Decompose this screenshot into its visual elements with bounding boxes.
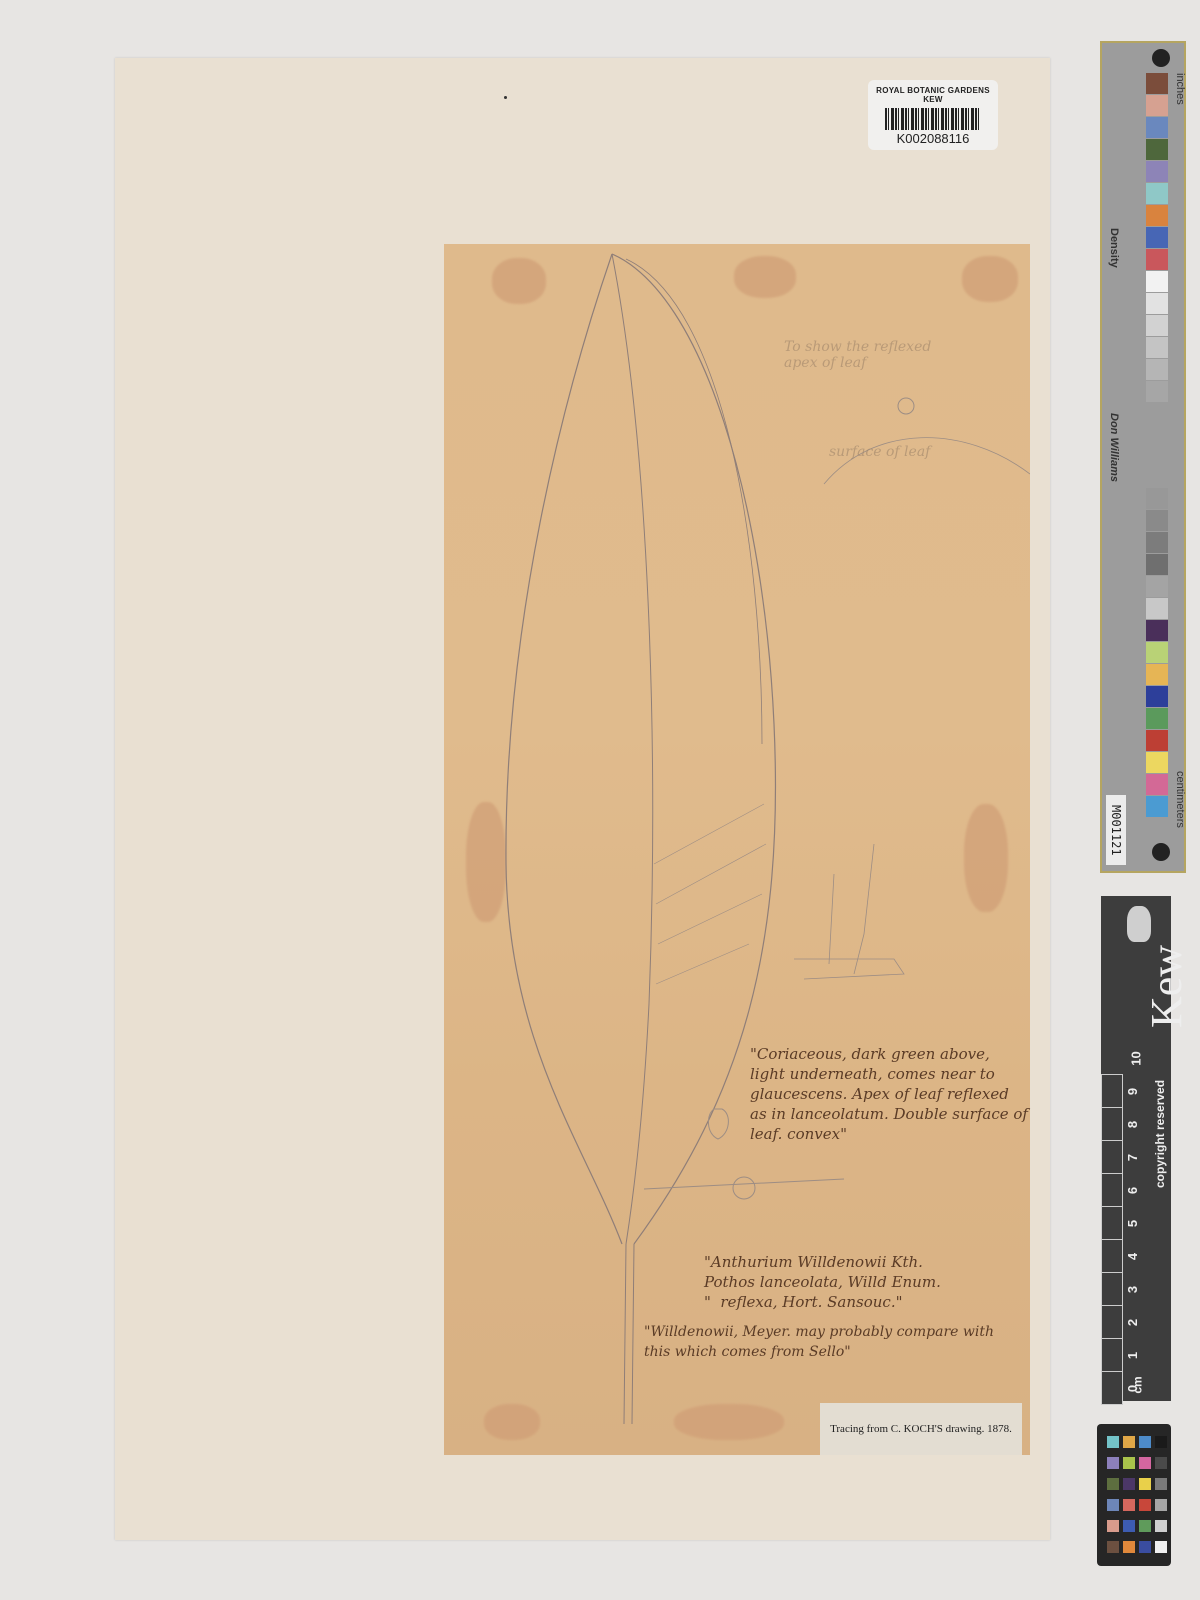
ink-note-comparison: "Willdenowii, Meyer. may probably compar… — [644, 1322, 994, 1362]
scale-segment — [1101, 1371, 1123, 1405]
color-patch — [1146, 620, 1168, 641]
ruler-brand: Don Williams — [1108, 413, 1120, 482]
scale-segment — [1101, 1239, 1123, 1273]
color-checker-card — [1097, 1424, 1171, 1566]
checker-patch — [1155, 1499, 1167, 1511]
scale-tick-label: 6 — [1125, 1187, 1140, 1194]
checker-patch — [1123, 1436, 1135, 1448]
color-patch — [1146, 796, 1168, 817]
printed-label: Tracing from C. KOCH'S drawing. 1878. — [820, 1403, 1022, 1455]
scale-segment — [1101, 1173, 1123, 1207]
kew-crest-icon — [1127, 906, 1151, 942]
checker-patch — [1107, 1478, 1119, 1490]
centimeters-label: centimeters — [1174, 771, 1186, 828]
checker-patch — [1139, 1478, 1151, 1490]
scale-tick-label: 2 — [1125, 1319, 1140, 1326]
checker-patch — [1123, 1499, 1135, 1511]
checker-patch — [1155, 1436, 1167, 1448]
color-patch — [1146, 532, 1168, 553]
institution-label: ROYAL BOTANIC GARDENS KEW — [868, 86, 998, 104]
color-patch — [1146, 227, 1168, 248]
color-patch — [1146, 161, 1168, 182]
tracing-paper: To show the reflexed apex of leaf surfac… — [444, 244, 1030, 1455]
scale-segment — [1101, 1140, 1123, 1174]
color-patch — [1146, 752, 1168, 773]
scale-tick-label: 7 — [1125, 1154, 1140, 1161]
cm-scale — [1101, 1041, 1125, 1386]
density-label: Density — [1108, 228, 1120, 268]
ink-note-names: "Anthurium Willdenowii Kth. Pothos lance… — [704, 1252, 941, 1312]
pencil-note-reflexed-apex: To show the reflexed apex of leaf — [784, 339, 931, 371]
sheet-mark — [504, 96, 507, 99]
ruler-hole — [1152, 843, 1170, 861]
color-patch — [1146, 381, 1168, 402]
scale-segment — [1101, 1272, 1123, 1306]
checker-patch — [1123, 1478, 1135, 1490]
checker-patch — [1107, 1541, 1119, 1553]
checker-patch — [1123, 1520, 1135, 1532]
scale-tick-label: 0 — [1125, 1385, 1140, 1392]
scale-tick-label: 4 — [1125, 1253, 1140, 1260]
scale-segment — [1101, 1074, 1123, 1108]
checker-patch — [1155, 1457, 1167, 1469]
color-calibration-ruler: inches centimeters Density Don Williams … — [1100, 41, 1186, 873]
checker-patch — [1139, 1457, 1151, 1469]
scale-tick-label: 10 — [1129, 1051, 1144, 1065]
color-patch — [1146, 205, 1168, 226]
ruler-id: M001121 — [1106, 795, 1126, 865]
color-patch — [1146, 686, 1168, 707]
scale-tick-label: 1 — [1125, 1352, 1140, 1359]
color-patch — [1146, 337, 1168, 358]
ink-note-description: "Coriaceous, dark green above, light und… — [750, 1044, 1028, 1144]
inches-label: inches — [1174, 73, 1186, 105]
color-patch — [1146, 249, 1168, 270]
scale-tick-label: 3 — [1125, 1286, 1140, 1293]
color-patch — [1146, 642, 1168, 663]
checker-patch — [1139, 1436, 1151, 1448]
scale-segment — [1101, 1107, 1123, 1141]
barcode-icon — [885, 108, 981, 130]
color-patch — [1146, 359, 1168, 380]
color-patch — [1146, 117, 1168, 138]
color-patch — [1146, 73, 1168, 94]
pencil-note-surface: surface of leaf — [829, 444, 930, 460]
color-patch — [1146, 293, 1168, 314]
color-patch — [1146, 576, 1168, 597]
color-patch — [1146, 315, 1168, 336]
color-patch — [1146, 488, 1168, 509]
kew-logo: Kew — [1141, 945, 1192, 1028]
color-patch — [1146, 183, 1168, 204]
checker-patch — [1123, 1541, 1135, 1553]
checker-patch — [1139, 1541, 1151, 1553]
checker-patch — [1123, 1457, 1135, 1469]
color-patch — [1146, 730, 1168, 751]
kew-scale-bar: Kew copyright reserved cm 012345678910 — [1101, 896, 1171, 1401]
color-patch — [1146, 774, 1168, 795]
copyright-text: copyright reserved — [1153, 1080, 1167, 1188]
color-patch — [1146, 271, 1168, 292]
scale-tick-label: 9 — [1125, 1088, 1140, 1095]
checker-patch — [1155, 1520, 1167, 1532]
color-patch — [1146, 95, 1168, 116]
checker-patch — [1107, 1457, 1119, 1469]
ruler-hole — [1152, 49, 1170, 67]
scale-tick-label: 5 — [1125, 1220, 1140, 1227]
color-patch — [1146, 664, 1168, 685]
checker-patch — [1139, 1520, 1151, 1532]
checker-patch — [1107, 1520, 1119, 1532]
scale-tick-label: 8 — [1125, 1121, 1140, 1128]
color-patch — [1146, 708, 1168, 729]
checker-patch — [1155, 1478, 1167, 1490]
checker-patch — [1107, 1436, 1119, 1448]
color-patch — [1146, 510, 1168, 531]
scale-segment — [1101, 1338, 1123, 1372]
scale-segment — [1101, 1305, 1123, 1339]
barcode-label: ROYAL BOTANIC GARDENS KEW K002088116 — [868, 80, 998, 150]
color-patch — [1146, 598, 1168, 619]
color-patch — [1146, 554, 1168, 575]
scale-segment — [1101, 1206, 1123, 1240]
checker-patch — [1107, 1499, 1119, 1511]
checker-patch — [1155, 1541, 1167, 1553]
checker-patch — [1139, 1499, 1151, 1511]
color-patch — [1146, 139, 1168, 160]
barcode-number: K002088116 — [868, 131, 998, 146]
